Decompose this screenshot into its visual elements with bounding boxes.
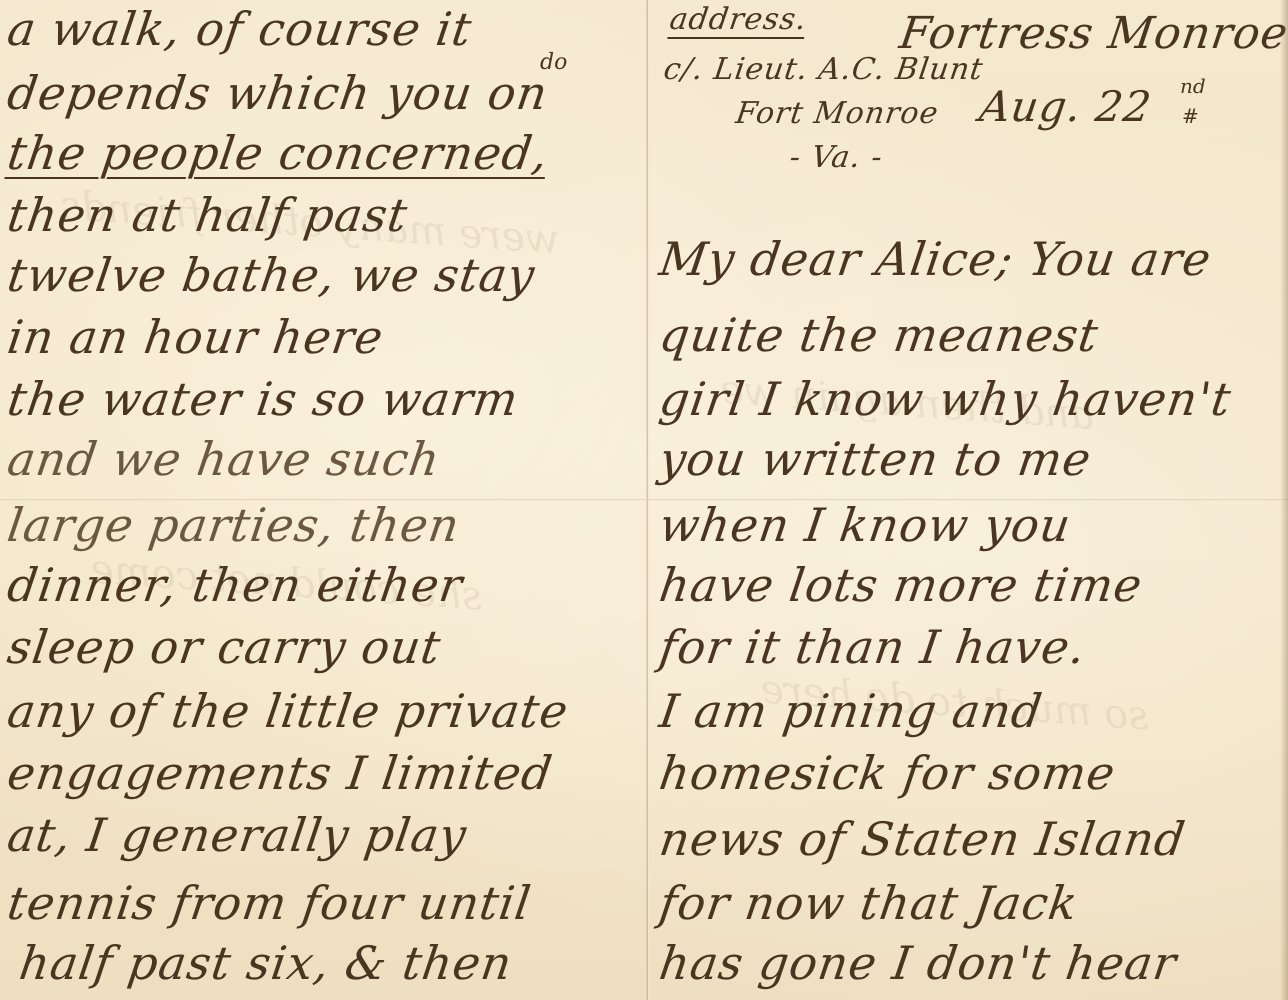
letter-line: you written to me xyxy=(656,432,1095,486)
letter-line: girl I know why haven't xyxy=(656,372,1235,426)
letter-line: My dear Alice; You are xyxy=(656,232,1215,286)
letter-line: a walk, of course it xyxy=(4,2,475,56)
letter-line: quite the meanest xyxy=(656,308,1102,362)
letter-scan: were many other friends she could not co… xyxy=(0,0,1288,1000)
letter-line: sleep or carry out xyxy=(4,620,444,674)
letter-line: for it than I have. xyxy=(656,620,1089,674)
paper-edge xyxy=(1280,0,1288,1000)
letter-line: twelve bathe, we stay xyxy=(4,248,538,302)
letter-line: and we have such xyxy=(4,432,443,486)
letter-line: in an hour here xyxy=(4,310,387,364)
letter-line: has gone I don't hear xyxy=(656,936,1180,990)
letter-line: at, I generally play xyxy=(4,808,470,862)
letter-line: any of the little private xyxy=(4,684,572,738)
letter-line: half past six, & then xyxy=(16,936,516,990)
letter-line-underlined: the people concerned, xyxy=(4,126,552,180)
letter-line: depends which you on xyxy=(4,66,551,120)
letter-line: engagements I limited xyxy=(4,746,556,800)
letter-line: dinner, then either xyxy=(4,558,466,612)
address-label: address. xyxy=(668,2,810,37)
date: Aug. 22 xyxy=(977,82,1155,131)
date-suffix: nd xyxy=(1180,74,1206,98)
letter-line: homesick for some xyxy=(656,746,1119,800)
letter-line: large parties, then xyxy=(4,498,463,552)
date-mark: # xyxy=(1182,104,1199,128)
letter-line: then at half past xyxy=(4,188,411,242)
letter-line: for now that Jack xyxy=(656,876,1081,930)
return-address-line: - Va. - xyxy=(788,140,886,175)
letter-line: news of Staten Island xyxy=(656,812,1189,866)
horizontal-fold xyxy=(0,498,1288,501)
letter-line: tennis from four until xyxy=(4,876,535,930)
return-address-line: Fort Monroe xyxy=(734,96,941,131)
letter-line: the water is so warm xyxy=(4,372,522,426)
letter-line: have lots more time xyxy=(656,558,1146,612)
letter-line: when I know you xyxy=(656,498,1074,552)
return-address-line: c/. Lieut. A.C. Blunt xyxy=(662,52,986,87)
letter-line: I am pining and xyxy=(656,684,1046,738)
